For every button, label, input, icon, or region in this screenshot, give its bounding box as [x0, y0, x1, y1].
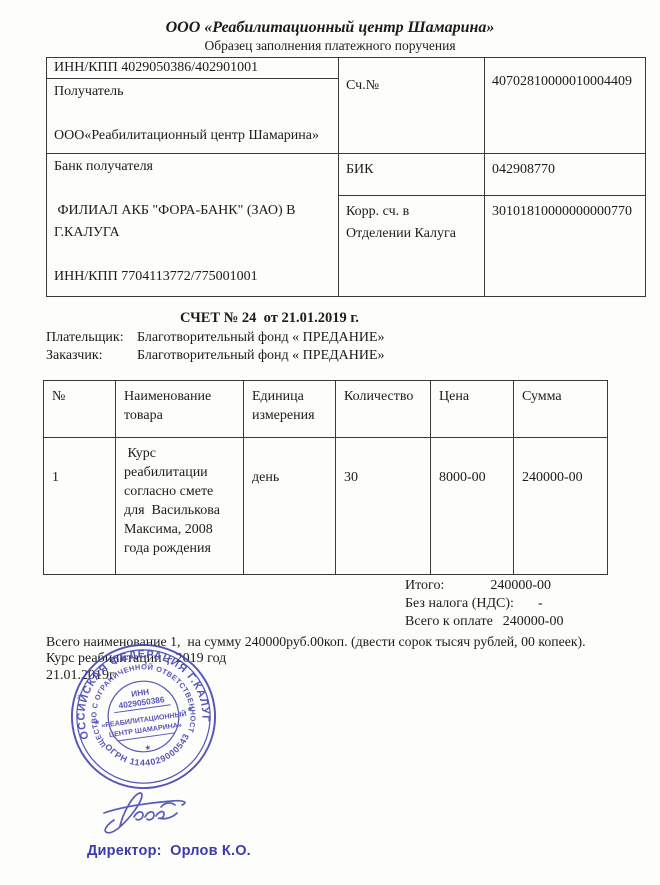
account-label-cell: Сч.№ — [339, 58, 485, 154]
items-header-row: № Наименование товара Единица измерения … — [44, 381, 608, 438]
subtotal-line: Итого:240000-00 — [405, 577, 660, 595]
total-due-line: Всего к оплате240000-00 — [405, 613, 660, 631]
payer-value: Благотворительный фонд « ПРЕДАНИЕ» — [137, 329, 385, 347]
col-header-num: № — [44, 381, 116, 438]
totals-block: Итого:240000-00 Без налога (НДС):- Всего… — [405, 577, 660, 631]
invoice-number-heading: СЧЕТ № 24 от 21.01.2019 г. — [180, 309, 660, 327]
item-sum-cell: 240000-00 — [514, 438, 608, 575]
subtotal-value: 240000-00 — [490, 578, 551, 593]
col-header-price: Цена — [431, 381, 514, 438]
recipient-inn-kpp-cell: ИНН/КПП 4029050386/402901001 — [47, 58, 339, 79]
item-row: 1 Курс реабилитации согласно смете для В… — [44, 438, 608, 575]
director-signature — [90, 786, 208, 840]
item-num-cell: 1 — [44, 438, 116, 575]
item-qty-cell: 30 — [336, 438, 431, 575]
document-title: ООО «Реабилитационный центр Шамарина» — [0, 0, 660, 37]
recipient-cell: Получатель ООО«Реабилитационный центр Ша… — [47, 79, 339, 154]
signature-strokes — [104, 793, 185, 833]
bank-name-cell: Банк получателя ФИЛИАЛ АКБ "ФОРА-БАНК" (… — [47, 154, 339, 297]
col-header-unit: Единица измерения — [244, 381, 336, 438]
payer-label: Плательщик: — [46, 329, 137, 347]
tax-line: Без налога (НДС):- — [405, 595, 660, 613]
bik-value-cell: 042908770 — [485, 154, 646, 196]
col-header-sum: Сумма — [514, 381, 608, 438]
item-price-cell: 8000-00 — [431, 438, 514, 575]
customer-line: Заказчик: Благотворительный фонд « ПРЕДА… — [46, 347, 660, 365]
subtotal-label: Итого: — [405, 578, 444, 593]
col-header-qty: Количество — [336, 381, 431, 438]
item-name-cell: Курс реабилитации согласно смете для Вас… — [116, 438, 244, 575]
table-row: ИНН/КПП 4029050386/402901001 Сч.№ 407028… — [47, 58, 646, 79]
corr-account-value-cell: 30101810000000000770 — [485, 196, 646, 297]
col-header-name: Наименование товара — [116, 381, 244, 438]
document-subtitle: Образец заполнения платежного поручения — [0, 37, 660, 55]
bik-label-cell: БИК — [339, 154, 485, 196]
invoice-document: ООО «Реабилитационный центр Шамарина» Об… — [0, 0, 660, 885]
account-value-cell: 40702810000010004409 — [485, 58, 646, 154]
star-separator-icon: * — [145, 743, 152, 757]
company-stamp: РОССИЙСКАЯ ФЕДЕРАЦИЯ Г.КАЛУГА ОБЩЕСТВО С… — [60, 633, 226, 799]
customer-value: Благотворительный фонд « ПРЕДАНИЕ» — [137, 347, 385, 365]
director-name-line: Директор: Орлов К.О. — [87, 843, 251, 859]
total-due-label: Всего к оплате — [405, 614, 493, 629]
tax-value: - — [538, 596, 543, 611]
customer-label: Заказчик: — [46, 347, 137, 365]
item-unit-cell: день — [244, 438, 336, 575]
corr-account-label-cell: Корр. сч. в Отделении Калуга — [339, 196, 485, 297]
table-row: Банк получателя ФИЛИАЛ АКБ "ФОРА-БАНК" (… — [47, 154, 646, 196]
items-table: № Наименование товара Единица измерения … — [43, 380, 608, 575]
payer-line: Плательщик: Благотворительный фонд « ПРЕ… — [46, 329, 660, 347]
bank-details-table: ИНН/КПП 4029050386/402901001 Сч.№ 407028… — [46, 57, 646, 297]
tax-label: Без налога (НДС): — [405, 596, 514, 611]
total-due-value: 240000-00 — [503, 614, 564, 629]
